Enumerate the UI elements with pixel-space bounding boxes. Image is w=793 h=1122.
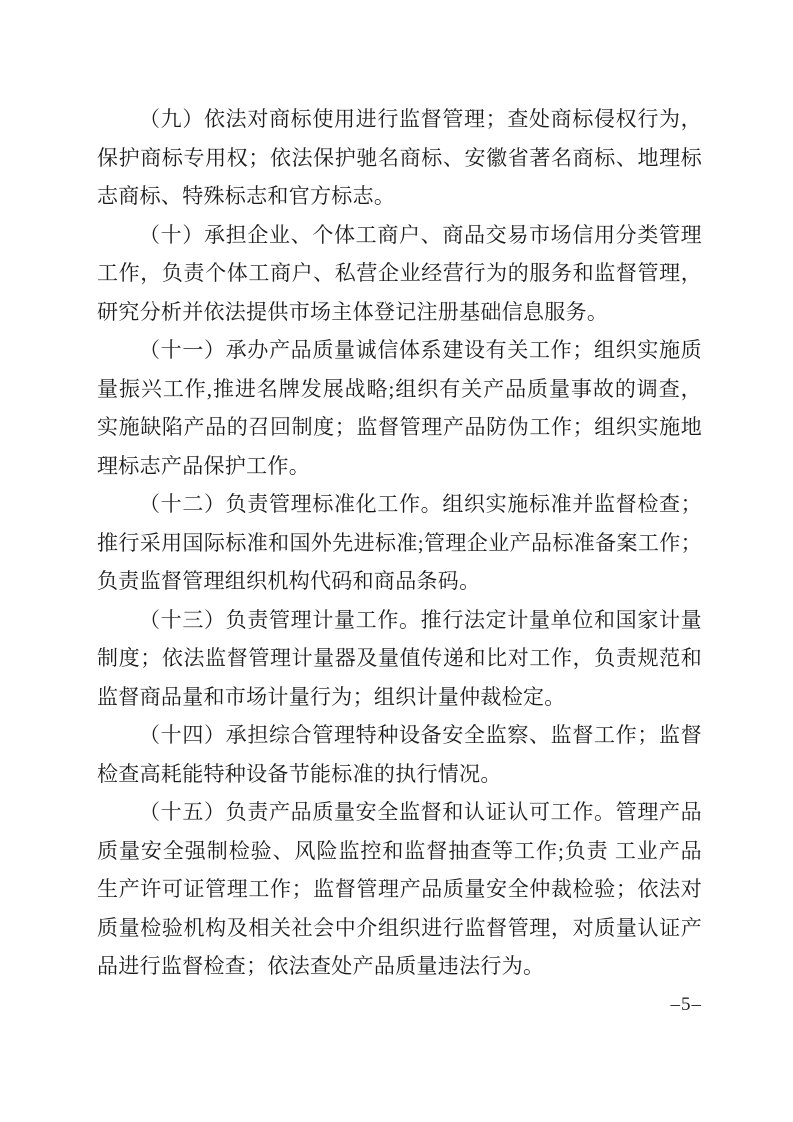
document-page: （九）依法对商标使用进行监督管理；查处商标侵权行为，保护商标专用权；依法保护驰名… bbox=[0, 0, 793, 1122]
paragraph-item-11: （十一）承办产品质量诚信体系建设有关工作；组织实施质量振兴工作,推进名牌发展战略… bbox=[97, 331, 702, 485]
page-number: –5– bbox=[97, 994, 702, 1016]
document-body: （九）依法对商标使用进行监督管理；查处商标侵权行为，保护商标专用权；依法保护驰名… bbox=[97, 100, 702, 986]
paragraph-item-10: （十）承担企业、个体工商户、商品交易市场信用分类管理工作，负责个体工商户、私营企… bbox=[97, 216, 702, 332]
paragraph-item-15: （十五）负责产品质量安全监督和认证认可工作。管理产品质量安全强制检验、风险监控和… bbox=[97, 793, 702, 986]
paragraph-item-9: （九）依法对商标使用进行监督管理；查处商标侵权行为，保护商标专用权；依法保护驰名… bbox=[97, 100, 702, 216]
paragraph-item-12: （十二）负责管理标准化工作。组织实施标准并监督检查；推行采用国际标准和国外先进标… bbox=[97, 485, 702, 601]
paragraph-item-13: （十三）负责管理计量工作。推行法定计量单位和国家计量制度；依法监督管理计量器及量… bbox=[97, 601, 702, 717]
paragraph-item-14: （十四）承担综合管理特种设备安全监察、监督工作；监督检查高耗能特种设备节能标准的… bbox=[97, 716, 702, 793]
